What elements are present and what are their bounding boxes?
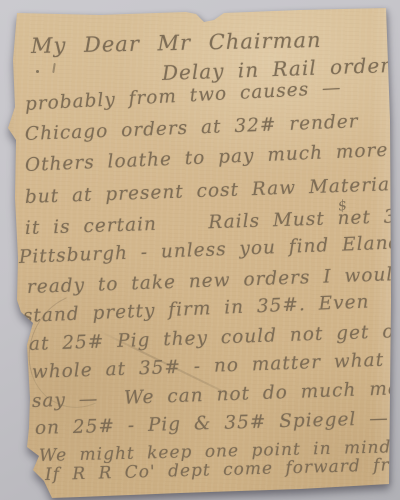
stray-ink-mark bbox=[52, 63, 56, 73]
letter-line: probably from two causes — bbox=[25, 79, 342, 114]
salutation-line: My Dear Mr Chairman bbox=[31, 30, 322, 57]
torn-letter-sheet: My Dear Mr Chairman Delay in Rail orders… bbox=[0, 0, 400, 500]
letter-line: on 25# - Pig & 35# Spiegel — bbox=[35, 410, 389, 438]
letter-line: Pittsburgh - unless you find Eland bbox=[19, 234, 400, 267]
paper-shadow: My Dear Mr Chairman Delay in Rail orders… bbox=[0, 0, 400, 500]
superscript-dollar-sign: $ bbox=[337, 197, 349, 214]
stray-ink-mark bbox=[36, 70, 39, 73]
letter-line: Others loathe to pay much more bbox=[25, 142, 389, 176]
letter-line: Delay in Rail orders bbox=[162, 55, 400, 83]
letter-line: Chicago orders at 32# render bbox=[25, 113, 359, 144]
letter-photograph: My Dear Mr Chairman Delay in Rail orders… bbox=[0, 0, 400, 500]
